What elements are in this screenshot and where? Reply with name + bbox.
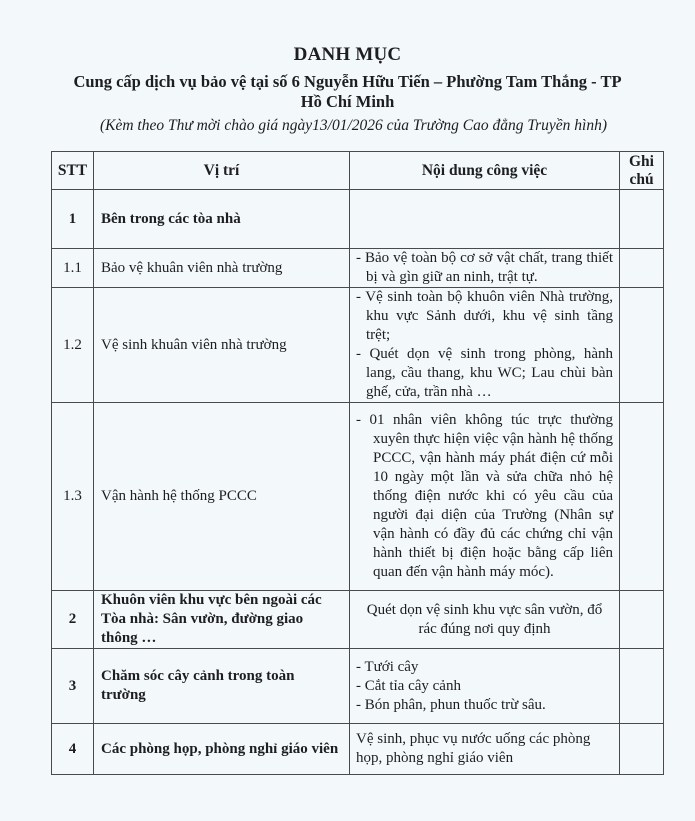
document-note: (Kèm theo Thư mời chào giá ngày13/01/202… [6,117,695,135]
row-stt: 4 [52,724,94,775]
table-row: 3 Chăm sóc cây cảnh trong toàn trường - … [52,649,664,724]
row-stt: 3 [52,649,94,724]
row-content: Quét dọn vệ sinh khu vực sân vườn, đổ rá… [350,591,620,649]
row-content: - Bảo vệ toàn bộ cơ sở vật chất, trang t… [350,249,620,288]
row-note [620,249,664,288]
row-note [620,591,664,649]
row-note [620,649,664,724]
row-content: - 01 nhân viên không túc trực thường xuy… [350,403,620,591]
content-line: - 01 nhân viên không túc trực thường xuy… [356,411,613,582]
row-content: - Vệ sinh toàn bộ khuôn viên Nhà trường,… [350,288,620,403]
row-stt: 1.1 [52,249,94,288]
content-line: - Cắt tỉa cây cảnh [356,677,613,696]
content-line: Vệ sinh, phục vụ nước uống các phòng họp… [356,730,613,768]
table-header-row: STT Vị trí Nội dung công việc Ghi chú [52,152,664,190]
header-note: Ghi chú [620,152,664,190]
row-note [620,288,664,403]
row-position: Các phòng họp, phòng nghỉ giáo viên [94,724,350,775]
document-title: DANH MỤC [0,44,695,66]
header-content: Nội dung công việc [350,152,620,190]
document-subtitle-line1: Cung cấp dịch vụ bảo vệ tại số 6 Nguyễn … [0,72,695,92]
content-line: - Bón phân, phun thuốc trừ sâu. [356,696,613,715]
row-position: Vận hành hệ thống PCCC [94,403,350,591]
row-note [620,403,664,591]
table-row: 1 Bên trong các tòa nhà [52,190,664,249]
service-list-table: STT Vị trí Nội dung công việc Ghi chú 1 … [51,151,664,775]
row-content: - Tưới cây - Cắt tỉa cây cảnh - Bón phân… [350,649,620,724]
row-position: Khuôn viên khu vực bên ngoài các Tòa nhà… [94,591,350,649]
row-position: Bảo vệ khuân viên nhà trường [94,249,350,288]
content-line: - Tưới cây [356,658,613,677]
row-note [620,190,664,249]
row-position: Bên trong các tòa nhà [94,190,350,249]
header-stt: STT [52,152,94,190]
document-subtitle-line2: Hồ Chí Minh [0,92,695,112]
row-position: Vệ sinh khuân viên nhà trường [94,288,350,403]
header-position: Vị trí [94,152,350,190]
content-line: - Vệ sinh toàn bộ khuôn viên Nhà trường,… [356,288,613,345]
table-row: 2 Khuôn viên khu vực bên ngoài các Tòa n… [52,591,664,649]
row-stt: 1.3 [52,403,94,591]
row-content [350,190,620,249]
row-stt: 2 [52,591,94,649]
content-line: - Quét dọn vệ sinh trong phòng, hành lan… [356,345,613,402]
row-content: Vệ sinh, phục vụ nước uống các phòng họp… [350,724,620,775]
table-row: 1.2 Vệ sinh khuân viên nhà trường - Vệ s… [52,288,664,403]
row-position: Chăm sóc cây cảnh trong toàn trường [94,649,350,724]
row-stt: 1 [52,190,94,249]
content-line: Quét dọn vệ sinh khu vực sân vườn, đổ rá… [356,601,613,639]
table-row: 1.3 Vận hành hệ thống PCCC - 01 nhân viê… [52,403,664,591]
table-row: 1.1 Bảo vệ khuân viên nhà trường - Bảo v… [52,249,664,288]
content-line: - Bảo vệ toàn bộ cơ sở vật chất, trang t… [356,249,613,287]
row-note [620,724,664,775]
table-row: 4 Các phòng họp, phòng nghỉ giáo viên Vệ… [52,724,664,775]
row-stt: 1.2 [52,288,94,403]
